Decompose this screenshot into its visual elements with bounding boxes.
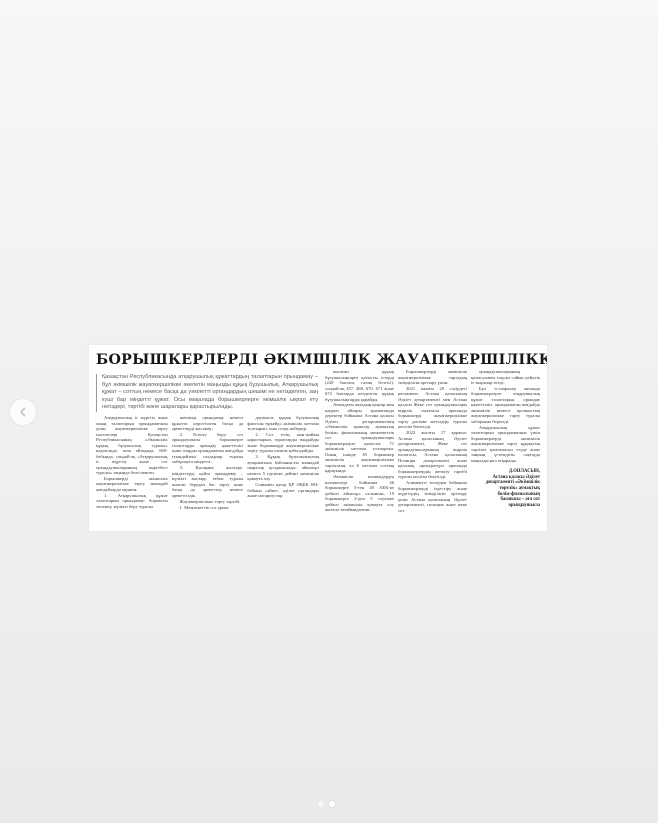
article-column-6: орындаушыларының қатысуымен тоқсан сайын… bbox=[471, 369, 540, 527]
paragraph: жасаған құқық бұзушылықтарға қатысты іст… bbox=[325, 369, 394, 402]
paragraph: Бұл іс-шаралар аясында борышкерлерге атқ… bbox=[471, 386, 540, 425]
paragraph: Борышкерді әкімшілік жауапкершілікке тар… bbox=[96, 476, 168, 493]
article-columns-left: Атқарушылық іс жүргізу және оның талапта… bbox=[96, 415, 319, 527]
article-lead: Қазақстан Республикасында атқарушылық құ… bbox=[96, 374, 318, 412]
paragraph: Әкімшілік шешімдердің нәтижелері бойынша… bbox=[325, 474, 394, 513]
paragraph: 2022 жылғы 17 қараша: Астана қаласының Ә… bbox=[398, 430, 467, 480]
author-signature: Д.ОНЛАСЫН, Астана қаласы Әділет департам… bbox=[471, 469, 540, 508]
paragraph: орындаушыларының қатысуымен тоқсан сайын… bbox=[471, 369, 540, 386]
article-column-5: Борышкерлерді әкімшілік жауапкершілікке … bbox=[398, 369, 467, 527]
article-headline: БОРЫШКЕРЛЕРДІ ӘКІМШІЛІК ЖАУАПКЕРШІЛІККЕ … bbox=[96, 351, 540, 369]
pagination-dot-2-active[interactable] bbox=[329, 801, 335, 807]
article-column-1: Атқарушылық іс жүргізу және оның талапта… bbox=[96, 415, 168, 527]
newspaper-article-image[interactable]: БОРЫШКЕРЛЕРДІ ӘКІМШІЛІК ЖАУАПКЕРШІЛІККЕ … bbox=[89, 345, 547, 531]
previous-slide-button[interactable] bbox=[10, 399, 36, 425]
chevron-left-icon bbox=[18, 407, 28, 417]
article-column-2: шешімді орындамау немесе құжатта көрсеті… bbox=[172, 415, 244, 527]
signature-line: орындаушысы bbox=[471, 503, 540, 509]
paragraph: 1. Атқарушылық құжат талаптарын орындама… bbox=[96, 493, 168, 510]
article-column-4: жасаған құқық бұзушылықтарға қатысты іст… bbox=[325, 369, 394, 527]
pagination-dot-1[interactable] bbox=[318, 801, 324, 807]
carousel-pagination bbox=[318, 801, 335, 807]
paragraph: 1. Мемлекеттік сот орын- bbox=[172, 505, 244, 511]
paragraph: даушысы құқық бұзушылық фактісін тіркейд… bbox=[247, 415, 319, 432]
paragraph: Атқарушылық іс жүргізу және оның талапта… bbox=[96, 415, 168, 476]
paragraph: 3. Құқық бұзушылықтың ауырлығына байланы… bbox=[247, 454, 319, 482]
paragraph: 2. Есепту беру: сот орындаушысы борышкер… bbox=[172, 432, 244, 465]
paragraph: 2021 жылғы 20 сәуірдегі регламент: Астан… bbox=[398, 386, 467, 430]
paragraph: Алиментті төлеуден бойынша борышкерлерді… bbox=[398, 480, 467, 513]
paragraph: 2. Сот істің мән-жайын қарастырып, тарап… bbox=[247, 432, 319, 454]
paragraph: шешімді орындамау немесе құжатта көрсеті… bbox=[172, 415, 244, 432]
paragraph: Ағымдағы жылдың қаңтар мен наурыз айлары… bbox=[325, 402, 394, 474]
paragraph: Жауапкершілікке тарту тәртібі. bbox=[172, 499, 244, 505]
paragraph: Борышкерлерді әкімшілік жауапкершілікке … bbox=[398, 369, 467, 386]
paragraph: Сонымен қатар ҚР ӘҚБК 694-бабына сәйкес,… bbox=[247, 482, 319, 499]
paragraph: 3. Қасақана жалтару: міндеттерді қайта о… bbox=[172, 465, 244, 498]
image-carousel: БОРЫШКЕРЛЕРДІ ӘКІМШІЛІК ЖАУАПКЕРШІЛІККЕ … bbox=[0, 0, 658, 823]
paragraph: Атқарушылық құжат талаптарын орындамаған… bbox=[471, 425, 540, 464]
article-column-3: даушысы құқық бұзушылық фактісін тіркейд… bbox=[247, 415, 319, 527]
article-columns-right: жасаған құқық бұзушылықтарға қатысты іст… bbox=[325, 369, 540, 527]
